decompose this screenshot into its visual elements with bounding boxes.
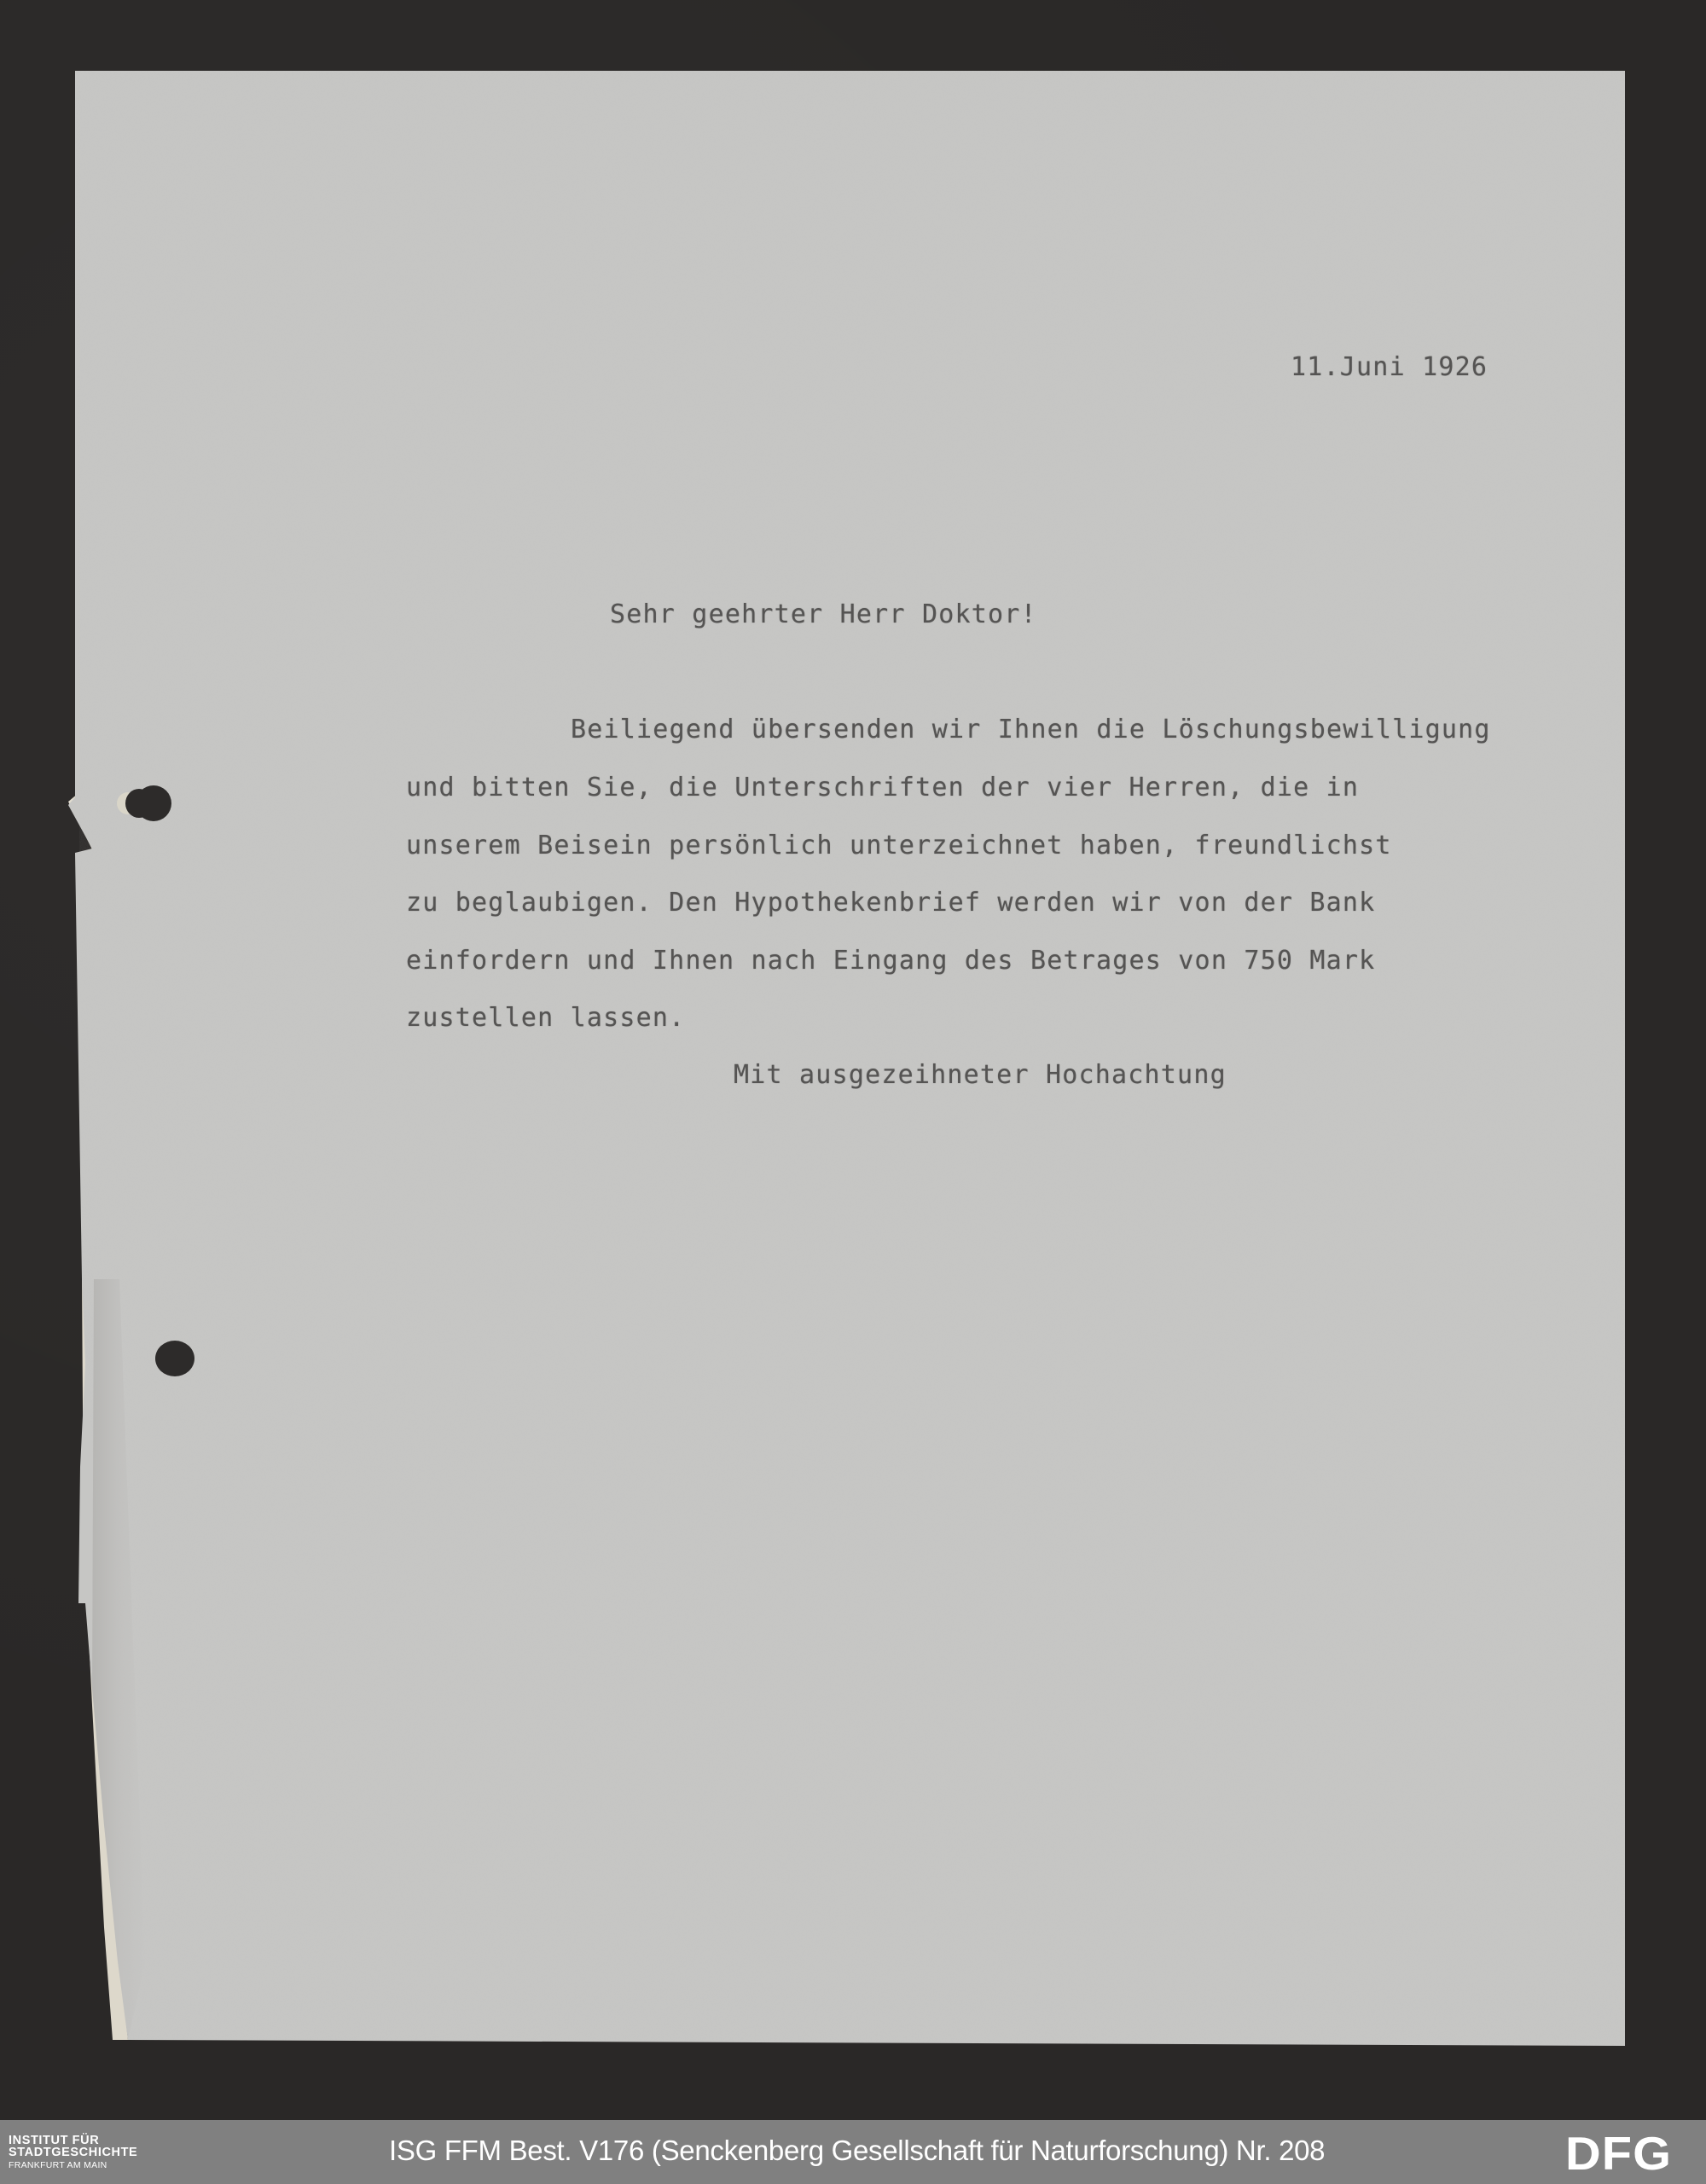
institution-name-line1: INSTITUT FÜR	[9, 2135, 137, 2146]
letter-date: 11.Juni 1926	[1291, 352, 1488, 382]
letter-body-line: Beiliegend übersenden wir Ihnen die Lösc…	[571, 715, 1491, 744]
letter-body-line: unserem Beisein persönlich unterzeichnet…	[406, 831, 1392, 860]
institution-location: FRANKFURT AM MAIN	[9, 2159, 137, 2171]
letter-closing: Mit ausgezeihneter Hochachtung	[734, 1060, 1227, 1090]
letter-body-line: und bitten Sie, die Unterschriften der v…	[406, 773, 1359, 802]
dfg-logo: DFG	[1565, 2131, 1672, 2175]
letter-body-line: einfordern und Ihnen nach Eingang des Be…	[406, 946, 1375, 976]
institution-name-line2: STADTGESCHICHTE	[9, 2146, 137, 2158]
typed-letter: 11.Juni 1926 Sehr geehrter Herr Doktor! …	[0, 0, 1706, 2120]
letter-body-line: zu beglaubigen. Den Hypothekenbrief werd…	[406, 888, 1375, 918]
archive-footer-bar: INSTITUT FÜR STADTGESCHICHTE FRANKFURT A…	[0, 2120, 1706, 2184]
archive-reference-title: ISG FFM Best. V176 (Senckenberg Gesellsc…	[389, 2135, 1325, 2167]
letter-salutation: Sehr geehrter Herr Doktor!	[610, 600, 1037, 629]
institution-logo: INSTITUT FÜR STADTGESCHICHTE FRANKFURT A…	[9, 2135, 137, 2171]
letter-body-line: zustellen lassen.	[406, 1003, 685, 1033]
